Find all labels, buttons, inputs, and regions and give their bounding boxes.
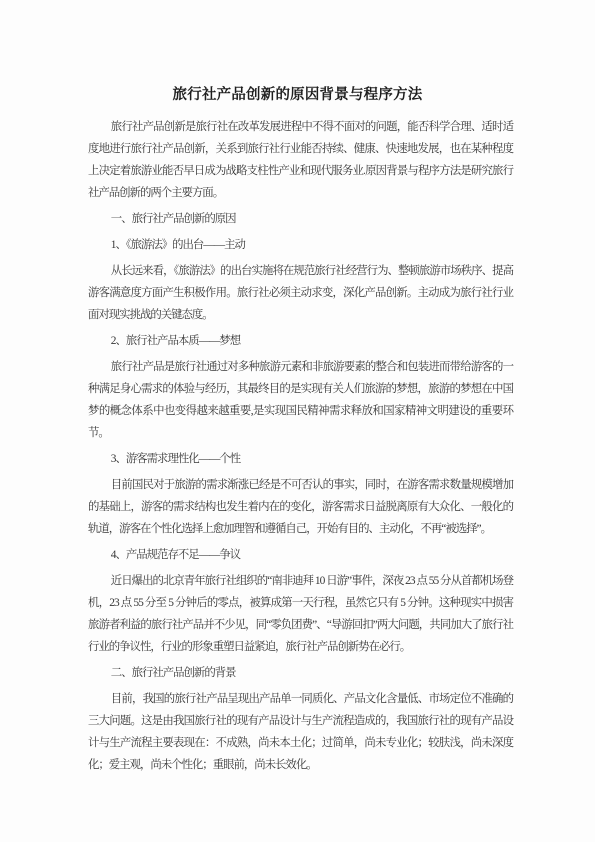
document-heading: 4、产品规范存不足——争议 xyxy=(88,544,513,566)
document-paragraph: 从长远来看，《旅游法》的出台实施将在规范旅行社经营行为、整顿旅游市场秩序、提高游… xyxy=(88,260,513,326)
document-body: 旅行社产品创新是旅行社在改革发展进程中不得不面对的问题，能否科学合理、适时适度地… xyxy=(0,116,595,776)
document-page: 旅行社产品创新的原因背景与程序方法 旅行社产品创新是旅行社在改革发展进程中不得不… xyxy=(0,0,595,842)
document-paragraph: 近日爆出的北京青年旅行社组织的“南非迪拜 10 日游”事件，深夜 23 点 55… xyxy=(88,570,513,658)
document-heading: 3、游客需求理性化——个性 xyxy=(88,448,513,470)
document-heading: 一、旅行社产品创新的原因 xyxy=(88,208,513,230)
document-title: 旅行社产品创新的原因背景与程序方法 xyxy=(0,84,595,106)
document-paragraph: 目前，我国的旅行社产品呈现出产品单一同质化、产品文化含量低、市场定位不准确的三大… xyxy=(88,688,513,776)
document-heading: 二、旅行社产品创新的背景 xyxy=(88,662,513,684)
document-paragraph: 目前国民对于旅游的需求渐涨已经是不可否认的事实，同时，在游客需求数量规模增加的基… xyxy=(88,474,513,540)
document-heading: 1、《旅游法》的出台——主动 xyxy=(88,234,513,256)
document-paragraph: 旅行社产品创新是旅行社在改革发展进程中不得不面对的问题，能否科学合理、适时适度地… xyxy=(88,116,513,204)
document-heading: 2、旅行社产品本质——梦想 xyxy=(88,330,513,352)
document-paragraph: 旅行社产品是旅行社通过对多种旅游元素和非旅游要素的整合和包装进而带给游客的一种满… xyxy=(88,356,513,444)
